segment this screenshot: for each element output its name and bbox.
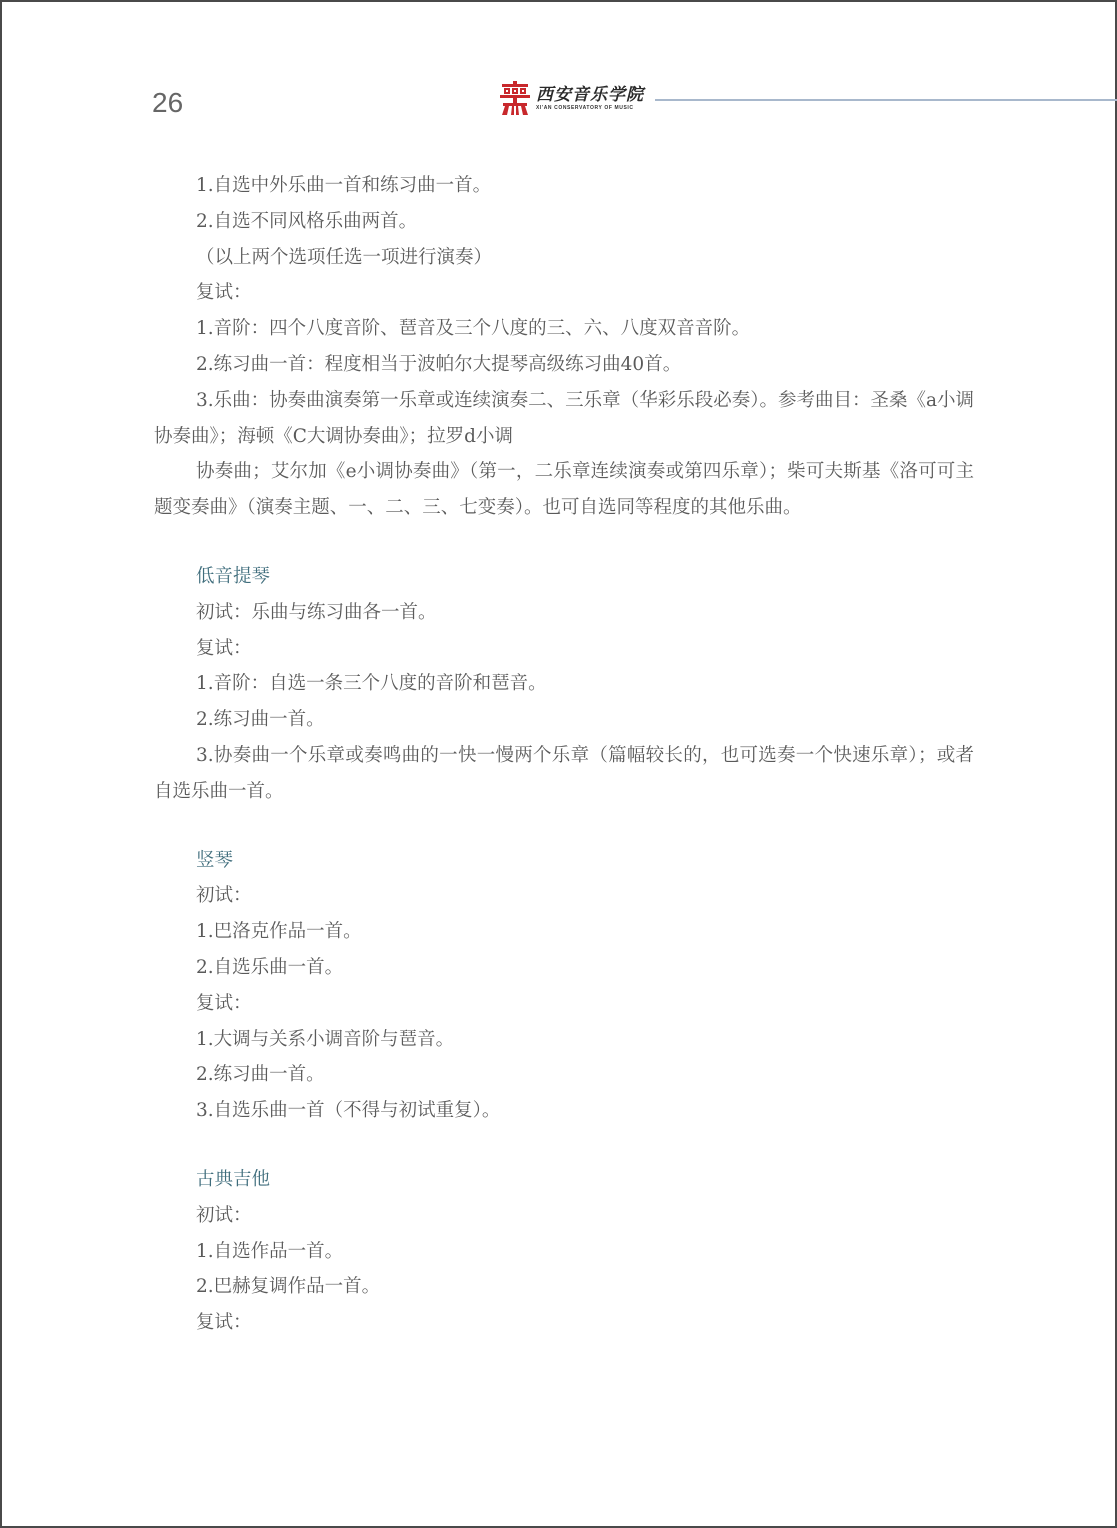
document-page: 26 bbox=[0, 0, 1117, 1528]
text-line: 2.自选不同风格乐曲两首。 bbox=[154, 204, 974, 240]
text-line: 2.巴赫复调作品一首。 bbox=[154, 1269, 974, 1305]
text-line: 1.巴洛克作品一首。 bbox=[154, 914, 974, 950]
section-title-harp: 竖琴 bbox=[154, 843, 974, 879]
text-line: 复试： bbox=[154, 986, 974, 1022]
section-title-double-bass: 低音提琴 bbox=[154, 559, 974, 595]
text-line: 初试： bbox=[154, 878, 974, 914]
text-paragraph: 3.乐曲：协奏曲演奏第一乐章或连续演奏二、三乐章（华彩乐段必奏）。参考曲目：圣桑… bbox=[154, 383, 974, 455]
conservatory-emblem-icon bbox=[500, 81, 530, 115]
text-line: 复试： bbox=[154, 631, 974, 667]
text-line: 初试： bbox=[154, 1198, 974, 1234]
document-body: 1.自选中外乐曲一首和练习曲一首。 2.自选不同风格乐曲两首。 （以上两个选项任… bbox=[154, 168, 974, 1341]
text-line: 3.自选乐曲一首（不得与初试重复）。 bbox=[154, 1093, 974, 1129]
text-line: 复试： bbox=[154, 1305, 974, 1341]
text-line: 2.自选乐曲一首。 bbox=[154, 950, 974, 986]
text-line: 1.大调与关系小调音阶与琶音。 bbox=[154, 1022, 974, 1058]
text-line: 初试：乐曲与练习曲各一首。 bbox=[154, 595, 974, 631]
text-line: 复试： bbox=[154, 275, 974, 311]
section-title-classical-guitar: 古典吉他 bbox=[154, 1162, 974, 1198]
text-line: 2.练习曲一首。 bbox=[154, 702, 974, 738]
text-line: 1.音阶：自选一条三个八度的音阶和琶音。 bbox=[154, 666, 974, 702]
text-line: 2.练习曲一首：程度相当于波帕尔大提琴高级练习曲40首。 bbox=[154, 347, 974, 383]
text-line: （以上两个选项任选一项进行演奏） bbox=[154, 240, 974, 276]
text-paragraph: 3.协奏曲一个乐章或奏鸣曲的一快一慢两个乐章（篇幅较长的，也可选奏一个快速乐章）… bbox=[154, 738, 974, 810]
conservatory-logo: 西安音乐学院 XI'AN CONSERVATORY OF MUSIC bbox=[500, 80, 644, 116]
text-paragraph: 协奏曲；艾尔加《e小调协奏曲》（第一，二乐章连续演奏或第四乐章）；柴可夫斯基《洛… bbox=[154, 454, 974, 526]
logo-name-cn: 西安音乐学院 bbox=[536, 85, 644, 105]
header-rule bbox=[655, 99, 1117, 101]
text-line: 1.自选作品一首。 bbox=[154, 1234, 974, 1270]
text-line: 1.自选中外乐曲一首和练习曲一首。 bbox=[154, 168, 974, 204]
page-number: 26 bbox=[152, 87, 183, 119]
text-line: 1.音阶：四个八度音阶、琶音及三个八度的三、六、八度双音音阶。 bbox=[154, 311, 974, 347]
text-line: 2.练习曲一首。 bbox=[154, 1057, 974, 1093]
logo-name-en: XI'AN CONSERVATORY OF MUSIC bbox=[536, 105, 644, 112]
